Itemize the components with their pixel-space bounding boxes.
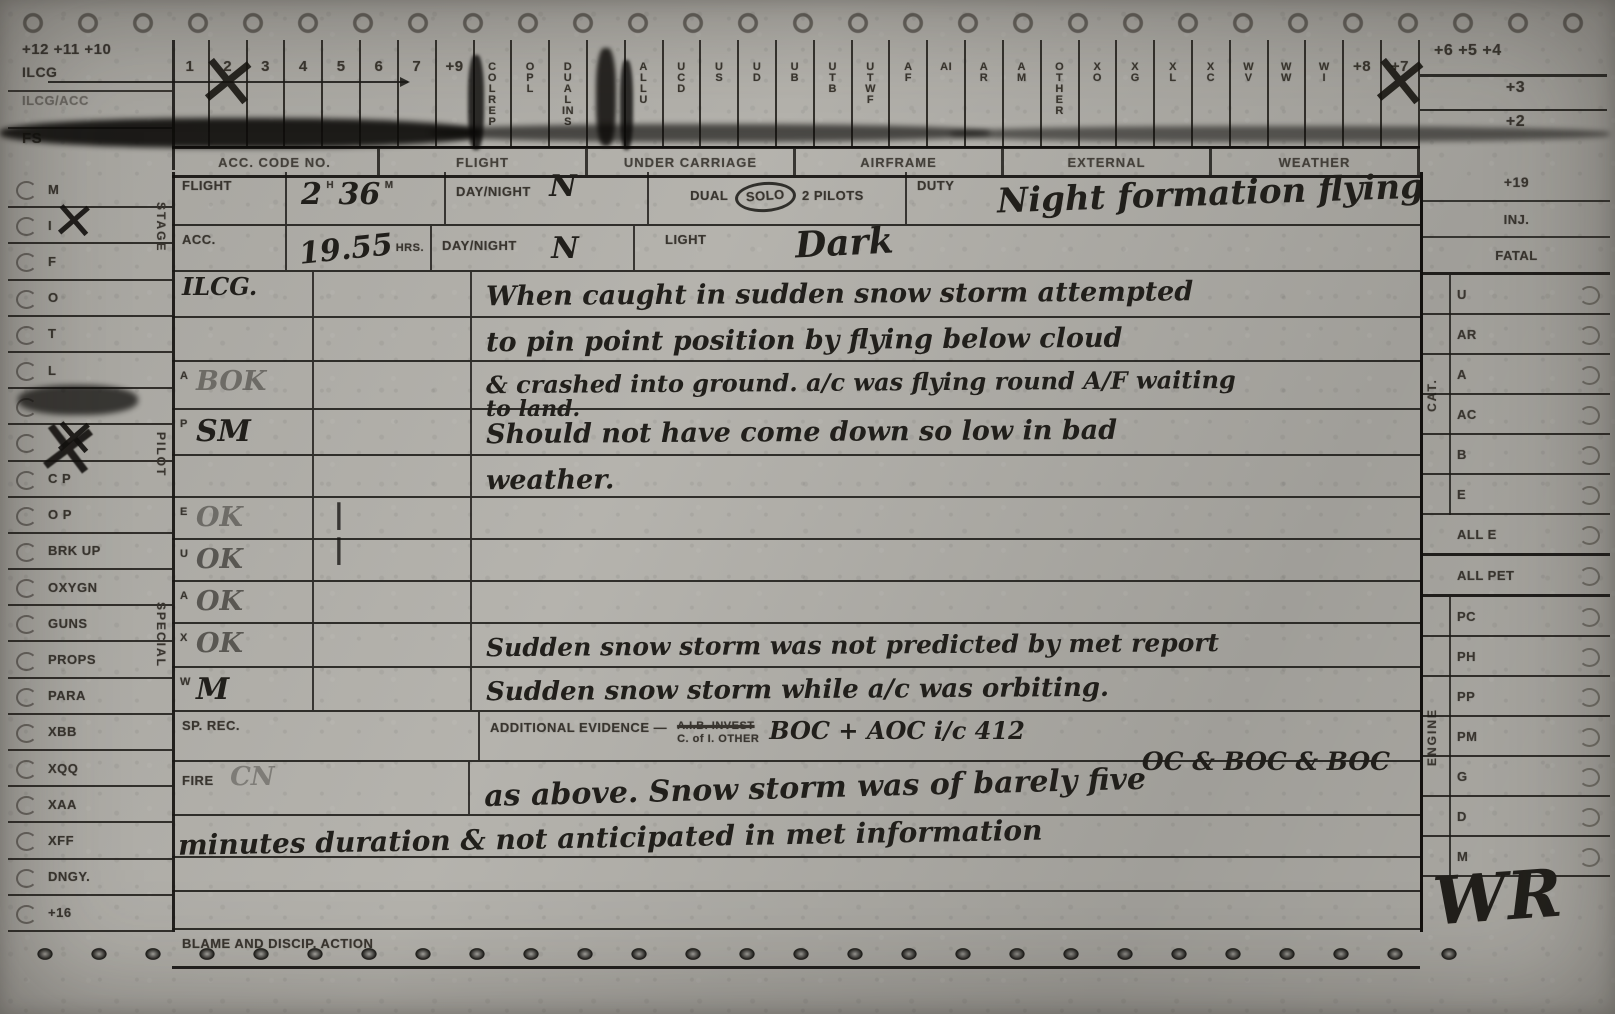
all-row-label: ALL PET [1457, 568, 1514, 583]
main-form: FLIGHT 2 H 36 M DAY/NIGHT N DUAL SOLO 2 … [172, 172, 1423, 932]
punch-hole [16, 253, 37, 272]
light-value: Dark [794, 219, 895, 266]
flight-minutes: 36 [339, 177, 381, 212]
narrative-line: Sudden snow storm was not predicted by m… [472, 621, 1420, 661]
narrative-line: weather. [472, 453, 1420, 495]
punch-hole [16, 688, 37, 707]
cat-row: AC [1423, 395, 1610, 435]
engine-row: D [1423, 797, 1610, 837]
spare-cell [314, 668, 472, 710]
code-cell: ILCG. [172, 272, 314, 316]
code-hand: OK [172, 624, 312, 659]
cat-row-label: AC [1457, 407, 1477, 422]
all-row: ALL E [1423, 515, 1610, 556]
punch-hole [16, 832, 37, 851]
left-code-row: BRK UP [8, 534, 172, 570]
left-code-row: XFF [8, 823, 172, 859]
code-letter: W [180, 676, 191, 688]
code-cell: X OK [172, 624, 314, 666]
cat-row-label: AR [1457, 327, 1477, 342]
day-night-cell: DAY/NIGHT N [446, 172, 649, 224]
left-code-row: PROPS [8, 642, 172, 678]
left-code-label: L [48, 363, 56, 378]
evidence-handwritten: BOC + AOC i/c 412 [769, 716, 1025, 745]
left-code-label: DNGY. [48, 869, 90, 884]
two-pilots-label: 2 PILOTS [802, 188, 864, 203]
ink-streak [468, 55, 484, 150]
flight-label: FLIGHT [172, 172, 287, 224]
code-hand: OK [172, 540, 312, 575]
engine-row: PH [1423, 637, 1610, 677]
fire-hand: CN [230, 762, 274, 792]
cat-row-label: E [1457, 487, 1466, 502]
light-label: LIGHT [655, 226, 707, 247]
accident-record-card: +12 +11 +10 ILCG ILCG/ACC FS 1 2 ✕ 3 [0, 0, 1615, 1014]
all-row-label: ALL E [1457, 527, 1497, 542]
inj-label: INJ. [1423, 202, 1610, 238]
duty-value: Night formation flying [996, 167, 1424, 222]
plus3-row: +3 [1420, 77, 1607, 111]
cat-row-label: B [1457, 447, 1467, 462]
left-code-label: XFF [48, 833, 74, 848]
cat-row-label: A [1457, 367, 1467, 382]
hours-unit: H [326, 180, 334, 191]
left-code-sidebar: M I ✕ F O [8, 172, 175, 932]
grid-row-external: X OK Sudden snow storm was not predicted… [172, 624, 1420, 668]
code-hand: OK [172, 498, 312, 533]
engine-row-label: G [1457, 769, 1468, 784]
punch-hole [16, 290, 37, 309]
code-cell: W M [172, 668, 314, 710]
special-group-label: SPECIAL [154, 602, 168, 668]
left-code-row: T [8, 317, 172, 353]
narrative-line: When caught in sudden snow storm attempt… [472, 269, 1420, 311]
grid-row-5: weather. [172, 456, 1420, 498]
punch-hole [16, 579, 37, 598]
cat-row: B [1423, 435, 1610, 475]
grid-row-weather: W M Sudden snow storm while a/c was orbi… [172, 668, 1420, 712]
all-row: ALL PET [1423, 556, 1610, 597]
punch-hole [16, 724, 37, 743]
ilcg-acc-label: ILCG/ACC [22, 93, 89, 108]
left-code-row: OXYGN [8, 570, 172, 606]
blank-row-2 [172, 892, 1420, 930]
sp-rec-label: SP. REC. [172, 712, 480, 760]
code-hand: OK [172, 582, 312, 617]
grid-row-airframe2: A OK [172, 582, 1420, 624]
fire-label: FIRE [172, 767, 214, 788]
narrative-cell: to pin point position by flying below cl… [472, 318, 1420, 360]
narrative-cell [472, 498, 1420, 538]
flight-time-value: 2 H 36 M [287, 172, 446, 224]
initials-signature: WR [1430, 854, 1564, 941]
code-cell: A BOK [172, 362, 314, 408]
ink-smudge [950, 126, 1610, 142]
punch-hole [16, 507, 37, 526]
engine-row-label: PP [1457, 689, 1475, 704]
code-letter: P [180, 418, 188, 430]
narrative-line-wrap: to land. [486, 396, 580, 422]
spare-cell [314, 318, 472, 360]
solo-label-circled: SOLO [734, 180, 797, 214]
header-left-block: +12 +11 +10 ILCG ILCG/ACC FS [8, 40, 175, 170]
spare-cell [314, 410, 472, 454]
left-code-row: PARA [8, 679, 172, 715]
left-code-row: L [8, 353, 172, 389]
left-code-label: XQQ [48, 761, 78, 776]
ilcg-label: ILCG [22, 64, 57, 80]
narrative-cell [472, 582, 1420, 622]
spare-cell [314, 272, 472, 316]
code-hand: M [172, 668, 312, 707]
narrative-cell: weather. [472, 456, 1420, 496]
code-cell: E OK [172, 498, 314, 538]
left-code-row: DNGY. [8, 860, 172, 896]
acc-row: ACC. 19.55 HRS. DAY/NIGHT N LIGHT Dark [172, 226, 1420, 272]
overflow-row: minutes duration & not anticipated in me… [172, 816, 1420, 858]
narrative-cell: & crashed into ground. a/c was flying ro… [472, 362, 1420, 408]
acc-hours-value: 19.55 [297, 227, 394, 272]
evidence-handwritten-2: OC & BOC & BOC [1142, 747, 1390, 776]
day-night2-label: DAY/NIGHT [432, 232, 517, 253]
grid-row-engine: E OK ∣ ∣ [172, 498, 1420, 540]
narrative-line: Should not have come down so low in bad [472, 407, 1420, 449]
left-code-row: O P [8, 498, 172, 534]
punch-hole [16, 760, 37, 779]
grid-row-undercarriage: U OK [172, 540, 1420, 582]
code-cell: A OK [172, 582, 314, 622]
punch-hole [16, 652, 37, 671]
engine-row: PM [1423, 717, 1610, 757]
engine-row-label: PH [1457, 649, 1476, 664]
left-code-row: XBB [8, 715, 172, 751]
punch-hole [16, 615, 37, 634]
cat-row: A [1423, 355, 1610, 395]
code-cell: P SM [172, 410, 314, 454]
left-code-label: F [48, 254, 56, 269]
duty-label: DUTY [907, 172, 954, 193]
left-code-row: XQQ [8, 751, 172, 787]
punch-hole [16, 326, 37, 345]
dual-solo-cell: DUAL SOLO 2 PILOTS [649, 172, 907, 224]
spare-cell [314, 456, 472, 496]
pilot-group-label: PILOT [154, 432, 168, 477]
plus19-label: +19 [1423, 172, 1610, 202]
grid-row-pilot: P SM Should not have come down so low in… [172, 410, 1420, 456]
blank-cell [172, 858, 1420, 890]
cat-row: U [1423, 275, 1610, 315]
right-category-sidebar: +19 INJ. FATAL CAT. UARAACBE ALL EALL PE… [1420, 172, 1610, 932]
flight-hours: 2 [301, 177, 322, 212]
cat-row: E [1423, 475, 1610, 515]
acc-label: ACC. [172, 226, 287, 270]
fatal-label: FATAL [1423, 238, 1610, 272]
narrative-cell: Sudden snow storm was not predicted by m… [472, 624, 1420, 666]
day-night-label: DAY/NIGHT [446, 178, 531, 199]
left-code-row: GUNS [8, 606, 172, 642]
left-code-row: O [8, 281, 172, 317]
cat-row-label: U [1457, 287, 1467, 302]
narrative-cell: Sudden snow storm while a/c was orbiting… [472, 668, 1420, 710]
code-hand: ILCG. [172, 268, 257, 301]
left-code-label: XAA [48, 797, 77, 812]
flight-row: FLIGHT 2 H 36 M DAY/NIGHT N DUAL SOLO 2 … [172, 172, 1420, 226]
c-of-i-other-option: C. of I. OTHER [677, 733, 759, 746]
punch-hole [16, 217, 37, 236]
spare-cell [314, 582, 472, 622]
punch-hole [16, 362, 37, 381]
engine-group: ENGINE PCPHPPPMGDM [1423, 597, 1610, 877]
left-code-label: T [48, 326, 56, 341]
duty-cell: DUTY Night formation flying [907, 172, 1420, 224]
code-cell: U OK [172, 540, 314, 580]
engine-row-label: PM [1457, 729, 1478, 744]
left-code-row: F [8, 244, 172, 280]
code-hand: BOK [172, 362, 312, 397]
evidence-options: A.I.B. INVEST C. of I. OTHER [677, 720, 759, 745]
left-code-label: XBB [48, 724, 77, 739]
narrative-cell: When caught in sudden snow storm attempt… [472, 272, 1420, 316]
left-code-label: OXYGN [48, 580, 97, 595]
punch-hole [16, 543, 37, 562]
sp-rec-row: SP. REC. ADDITIONAL EVIDENCE — A.I.B. IN… [172, 712, 1420, 762]
overflow-cell: minutes duration & not anticipated in me… [172, 816, 1420, 856]
code-cell [172, 318, 314, 360]
acc-time-value: 19.55 HRS. [287, 226, 432, 270]
day-night-value: N [549, 169, 576, 204]
injury-block: +19 INJ. FATAL [1423, 172, 1610, 275]
additional-evidence-label: ADDITIONAL EVIDENCE — [490, 720, 667, 735]
spare-cell [314, 540, 472, 580]
spare-cell [314, 362, 472, 408]
engine-row: G [1423, 757, 1610, 797]
narrative-cell: Should not have come down so low in bad [472, 410, 1420, 454]
hand-x-mark: ✕ [30, 408, 106, 494]
ink-streak [620, 60, 633, 150]
punch-holes-bottom [18, 942, 1495, 966]
ink-smudge [430, 124, 990, 142]
dual-label: DUAL [690, 188, 728, 203]
spare-cell [314, 624, 472, 666]
left-code-row: +16 [8, 896, 172, 932]
left-code-label: O P [48, 507, 72, 522]
narrative-line: & crashed into ground. a/c was flying ro… [472, 359, 1420, 398]
left-code-label: PARA [48, 688, 86, 703]
fire-cell: FIRE CN [172, 762, 470, 814]
grid-row-2: to pin point position by flying below cl… [172, 318, 1420, 362]
blank-row-1 [172, 858, 1420, 892]
minutes-unit: M [385, 180, 394, 191]
grid-row-ilcg: ILCG. When caught in sudden snow storm a… [172, 272, 1420, 318]
punch-hole [16, 905, 37, 924]
engine-row: PC [1423, 597, 1610, 637]
additional-evidence-cell: ADDITIONAL EVIDENCE — A.I.B. INVEST C. o… [480, 712, 1420, 760]
engine-row-label: PC [1457, 609, 1476, 624]
engine-row: PP [1423, 677, 1610, 717]
punch-hole [16, 869, 37, 888]
narrative-line: Sudden snow storm while a/c was orbiting… [472, 665, 1420, 706]
spare-cell: ∣ ∣ [314, 498, 472, 538]
day-night2-cell: DAY/NIGHT N [432, 226, 635, 270]
light-cell: LIGHT Dark [635, 226, 1420, 270]
cat-row: AR [1423, 315, 1610, 355]
cat-group: CAT. UARAACBE [1423, 275, 1610, 515]
left-code-label: +16 [48, 905, 72, 920]
aib-invest-option: A.I.B. INVEST [677, 720, 759, 733]
left-row-x-mark: ✕ [50, 195, 97, 250]
code-hand: SM [172, 410, 312, 449]
left-code-row: XAA [8, 787, 172, 823]
all-rows: ALL EALL PET [1423, 515, 1610, 597]
left-code-label: O [48, 290, 59, 305]
plus-codes-topleft: +12 +11 +10 [8, 40, 172, 63]
engine-row-label: D [1457, 809, 1467, 824]
left-code-label: BRK UP [48, 543, 101, 558]
punch-hole [16, 796, 37, 815]
grid-row-airframe: A BOK & crashed into ground. a/c was fly… [172, 362, 1420, 410]
ilcg-row: ILCG [8, 63, 172, 92]
plus-codes-topright: +6 +5 +4 [1420, 40, 1607, 77]
left-code-label: PROPS [48, 652, 96, 667]
blank-cell [172, 892, 1420, 928]
narrative-cell [472, 540, 1420, 580]
narrative-line: to pin point position by flying below cl… [472, 315, 1420, 357]
ink-smudge [0, 118, 480, 148]
punch-holes-top [6, 8, 1609, 38]
left-code-label: GUNS [48, 616, 88, 631]
code-cell [172, 456, 314, 496]
day-night2-value: N [551, 231, 578, 266]
punch-hole [16, 181, 37, 200]
left-code-row: I ✕ [8, 208, 172, 244]
stage-group-label: STAGE [154, 202, 168, 252]
hrs-unit: HRS. [396, 242, 424, 254]
